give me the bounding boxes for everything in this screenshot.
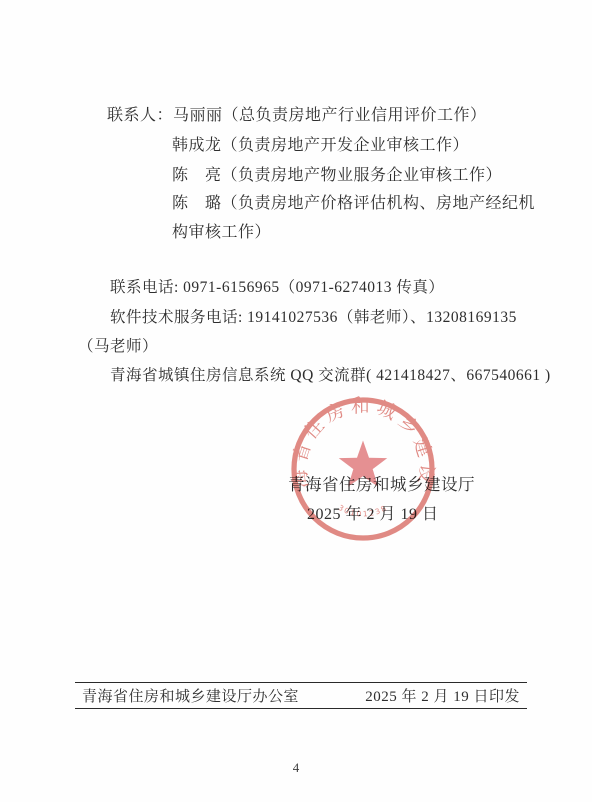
phone-line: 联系电话: 0971-6156965（0971-6274013 传真） (110, 275, 444, 297)
phone-line: 软件技术服务电话: 19141027536（韩老师）、13208169135 (110, 305, 517, 327)
contact-line: 构审核工作） (172, 219, 271, 242)
signature-organization: 青海省住房和城乡建设厅 (288, 471, 475, 495)
page-number: 4 (0, 760, 592, 776)
contact-line: 联系人：马丽丽（总负责房地产行业信用评价工作） (107, 102, 487, 125)
footer-issuer: 青海省住房和城乡建设厅办公室 (82, 685, 299, 706)
contact-line: 陈 亮（负责房地产物业服务企业审核工作） (172, 162, 502, 185)
phone-line: （马老师） (78, 334, 158, 356)
footer: 青海省住房和城乡建设厅办公室 2025 年 2 月 19 日印发 (75, 682, 527, 709)
contact-line: 陈 璐（负责房地产价格评估机构、房地产经纪机 (172, 190, 535, 213)
phone-line: 青海省城镇住房信息系统 QQ 交流群( 421418427、667540661 … (110, 363, 551, 385)
seal-serial: 6301012383 (288, 394, 389, 519)
footer-print-date: 2025 年 2 月 19 日印发 (365, 685, 520, 706)
signature-date: 2025 年 2 月 19 日 (307, 501, 439, 524)
document-page: 联系人：马丽丽（总负责房地产行业信用评价工作） 韩成龙（负责房地产开发企业审核工… (0, 0, 592, 802)
contact-line: 韩成龙（负责房地产开发企业审核工作） (172, 132, 469, 155)
